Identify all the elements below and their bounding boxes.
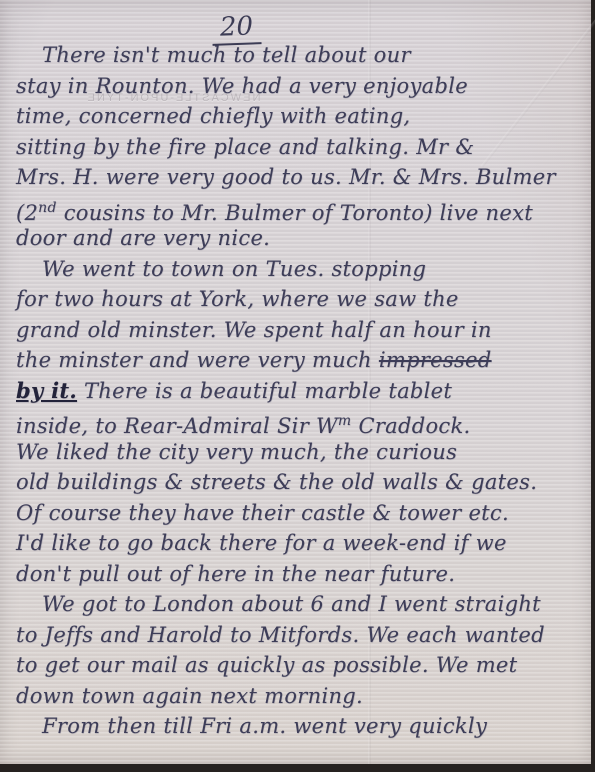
letter-line: From then till Fri a.m. went very quickl… — [16, 711, 577, 742]
letter-line-segment: sitting by the fire place and talking. M… — [16, 135, 474, 159]
letter-line-segment: cousins to Mr. Bulmer of Toronto) live n… — [57, 201, 533, 225]
letter-line-segment: time, concerned chiefly with eating, — [16, 104, 410, 128]
letter-line: by it. There is a beautiful marble table… — [16, 376, 577, 407]
letter-line: old buildings & streets & the old walls … — [16, 467, 577, 498]
letter-line: for two hours at York, where we saw the — [16, 284, 577, 315]
letter-line: Mrs. H. were very good to us. Mr. & Mrs.… — [16, 162, 577, 193]
letter-line-segment: grand old minster. We spent half an hour… — [16, 318, 492, 342]
letter-line-segment: stay in Rounton. We had a very enjoyable — [16, 74, 468, 98]
letter-line: sitting by the fire place and talking. M… — [16, 132, 577, 163]
letter-line-segment: don't pull out of here in the near futur… — [16, 562, 455, 586]
photo-background: 20 NEWCASTLE-UPON-TYNE There isn't much … — [0, 0, 595, 772]
letter-line-segment: by it. — [16, 378, 77, 403]
letter-line-segment: door and are very nice. — [16, 226, 270, 250]
letter-line-segment: (2 — [16, 201, 38, 225]
letter-line: to Jeffs and Harold to Mitfords. We each… — [16, 620, 577, 651]
letter-line-segment: m — [338, 413, 352, 429]
letter-line-segment: We went to town on Tues. stopping — [42, 257, 426, 281]
letter-line: We liked the city very much, the curious — [16, 437, 577, 468]
letter-line: grand old minster. We spent half an hour… — [16, 315, 577, 346]
letter-line: time, concerned chiefly with eating, — [16, 101, 577, 132]
letter-body: There isn't much to tell about ourstay i… — [16, 40, 577, 742]
letter-line: inside, to Rear-Admiral Sir Wm Craddock. — [16, 406, 577, 437]
letter-line-segment: We liked the city very much, the curious — [16, 440, 457, 464]
letter-line-segment: nd — [38, 200, 57, 216]
letter-line-segment: We got to London about 6 and I went stra… — [42, 592, 541, 616]
letter-line: don't pull out of here in the near futur… — [16, 559, 577, 590]
letter-line: to get our mail as quickly as possible. … — [16, 650, 577, 681]
letter-line-segment: impressed — [379, 348, 492, 372]
letter-line-segment: Of course they have their castle & tower… — [16, 501, 509, 525]
letter-line: Of course they have their castle & tower… — [16, 498, 577, 529]
letter-line: We got to London about 6 and I went stra… — [16, 589, 577, 620]
letter-line-segment: There is a beautiful marble tablet — [77, 379, 452, 403]
letter-line: I'd like to go back there for a week-end… — [16, 528, 577, 559]
letter-line: We went to town on Tues. stopping — [16, 254, 577, 285]
letter-line-segment: down town again next morning. — [16, 684, 363, 708]
letter-line: down town again next morning. — [16, 681, 577, 712]
letter-line-segment: to Jeffs and Harold to Mitfords. We each… — [16, 623, 545, 647]
letter-line-segment: Mrs. H. were very good to us. Mr. & Mrs.… — [16, 165, 556, 189]
letter-line: There isn't much to tell about our — [16, 40, 577, 71]
letter-line-segment: to get our mail as quickly as possible. … — [16, 653, 517, 677]
letter-page: 20 NEWCASTLE-UPON-TYNE There isn't much … — [0, 0, 591, 764]
letter-line-segment: From then till Fri a.m. went very quickl… — [42, 714, 487, 738]
letter-line-segment: I'd like to go back there for a week-end… — [16, 531, 507, 555]
letter-line-segment: old buildings & streets & the old walls … — [16, 470, 537, 494]
letter-line-segment: the minster and were very much — [16, 348, 379, 372]
letter-line: (2nd cousins to Mr. Bulmer of Toronto) l… — [16, 193, 577, 224]
letter-line-segment: There isn't much to tell about our — [42, 43, 411, 67]
letter-line: door and are very nice. — [16, 223, 577, 254]
letter-line-segment: inside, to Rear-Admiral Sir W — [16, 414, 338, 438]
letter-line: the minster and were very much impressed — [16, 345, 577, 376]
letter-line-segment: Craddock. — [351, 414, 470, 438]
letter-line-segment: for two hours at York, where we saw the — [16, 287, 459, 311]
letter-line: stay in Rounton. We had a very enjoyable — [16, 71, 577, 102]
